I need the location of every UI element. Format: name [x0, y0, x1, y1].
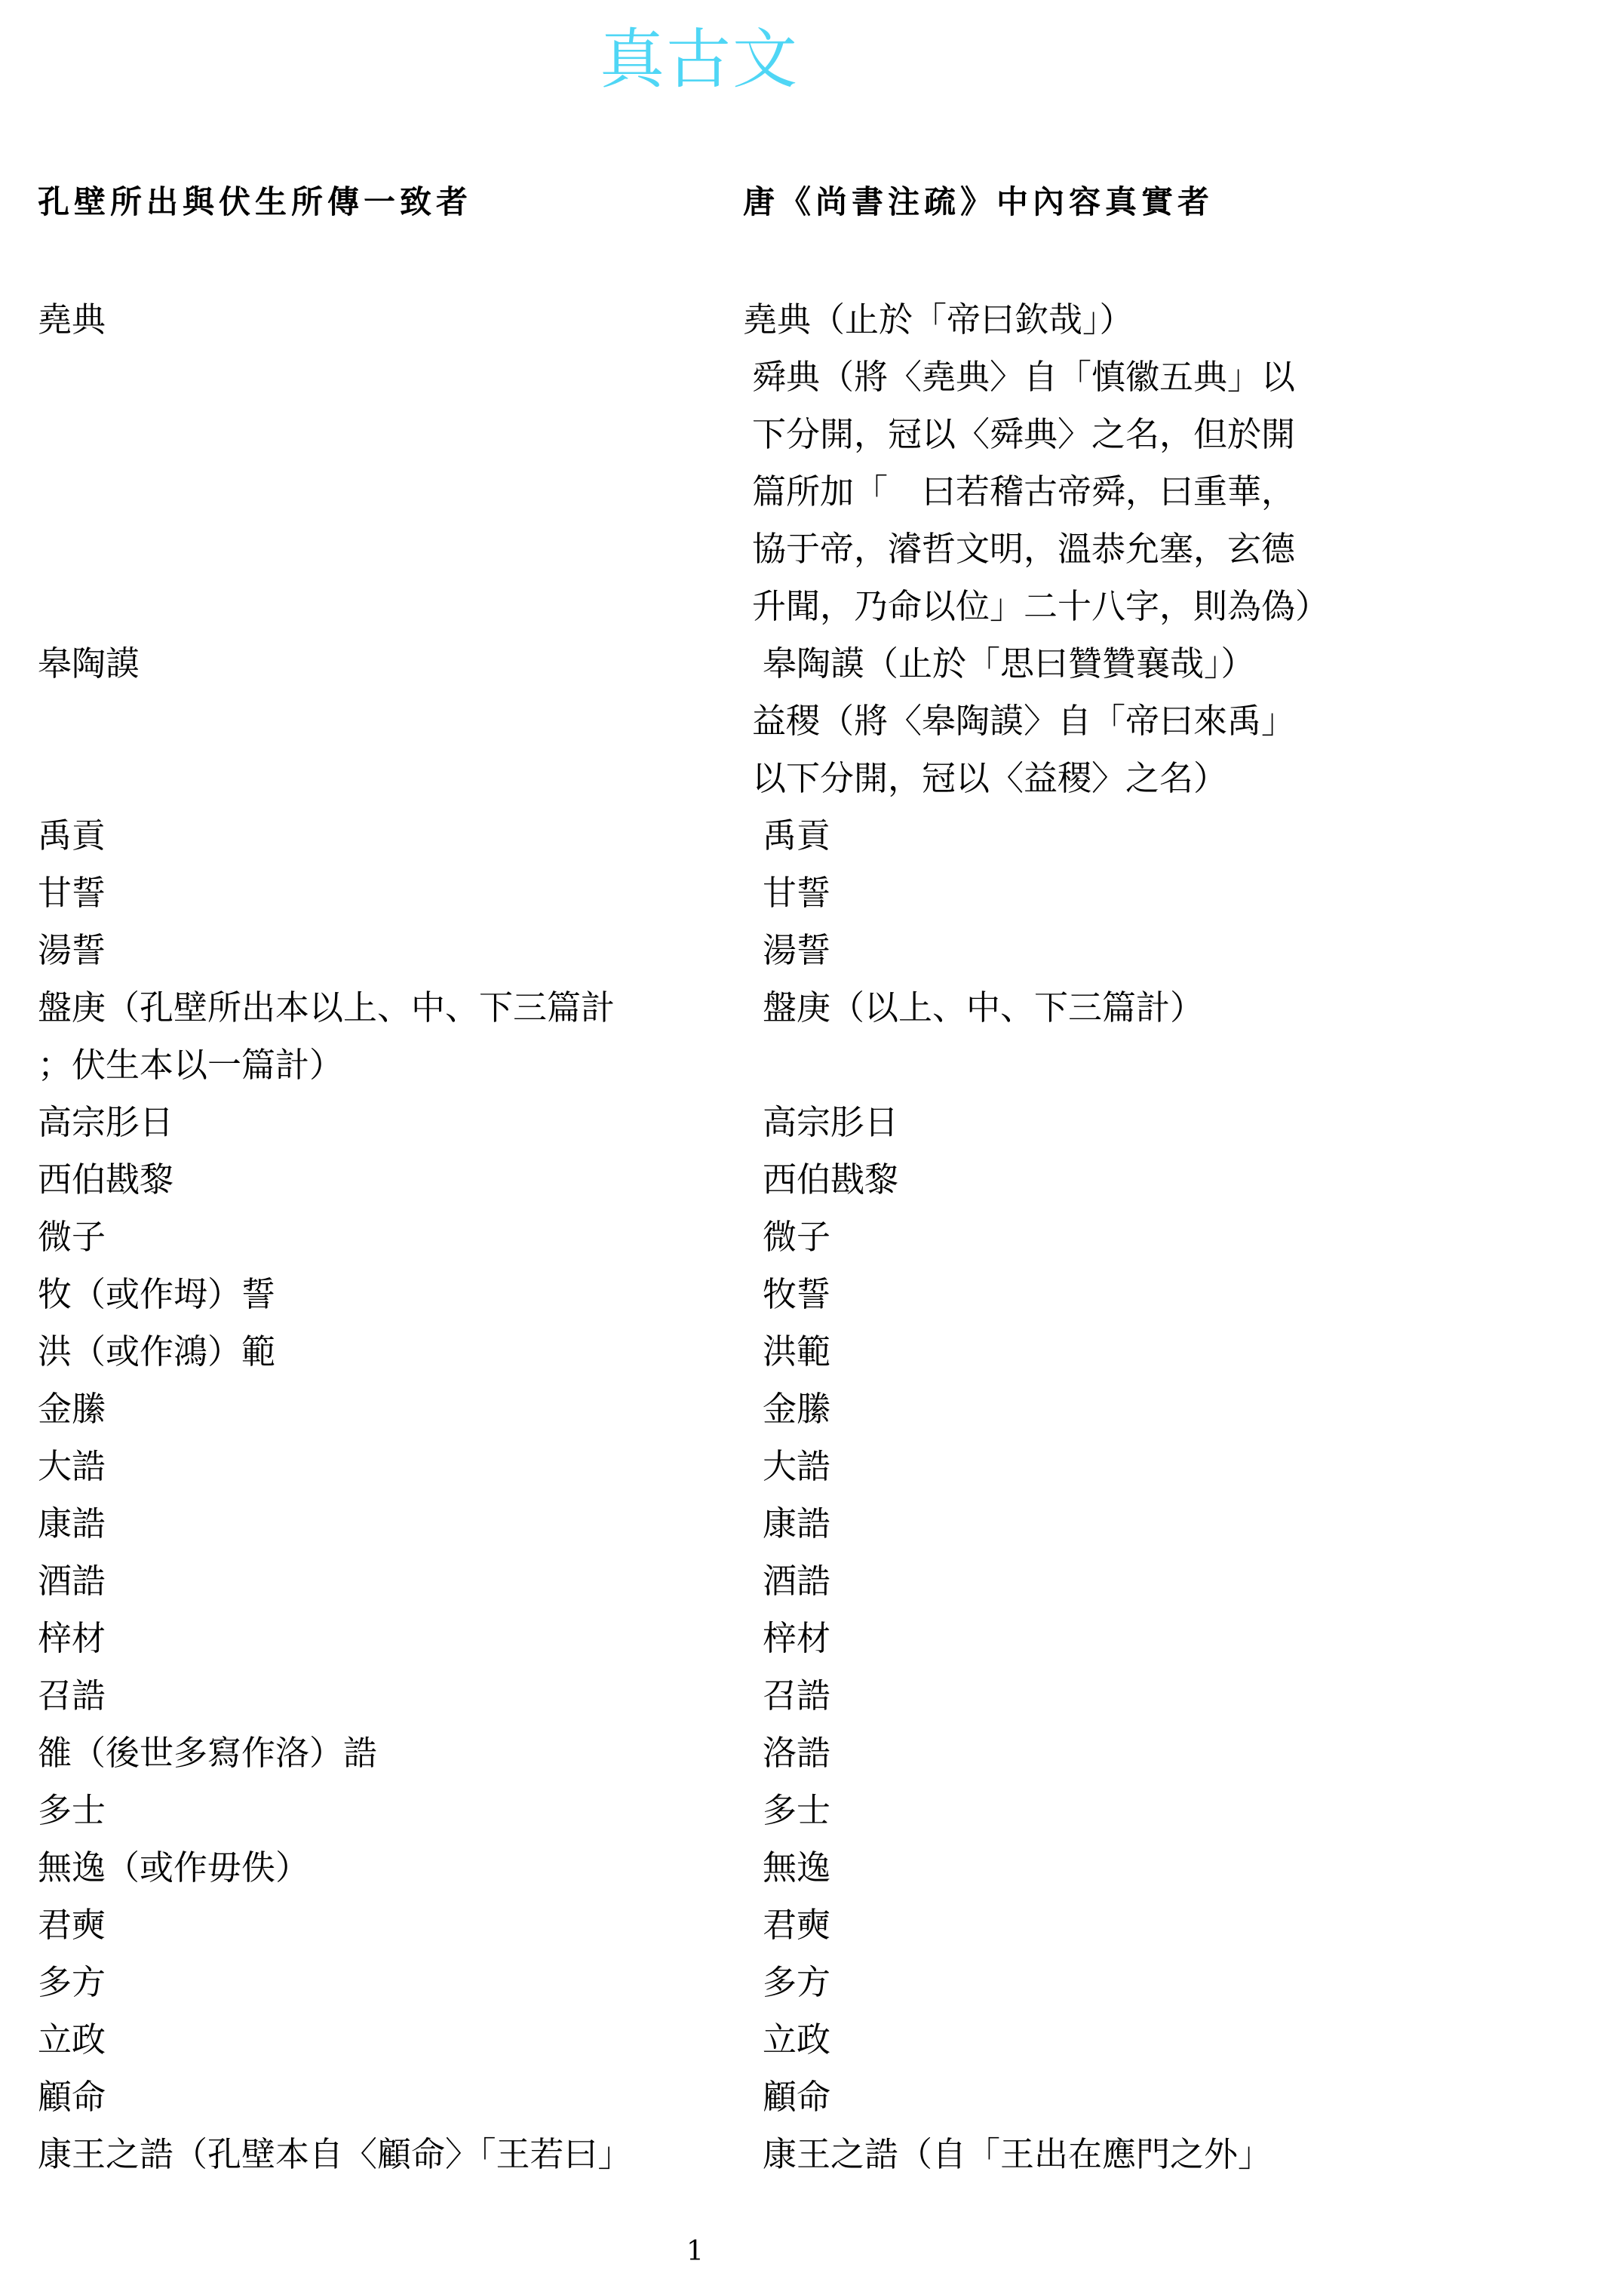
list-item: 皋陶謨 — [38, 635, 709, 693]
list-item: 堯典（止於「帝曰欽哉」） — [743, 291, 1377, 349]
list-item: 酒誥 — [38, 1553, 709, 1610]
list-item: 禹貢 — [743, 807, 1377, 865]
list-item: ；伏生本以一篇計） — [38, 1037, 709, 1094]
list-item: 梓材 — [743, 1610, 1377, 1667]
list-item: 西伯戡黎 — [38, 1151, 709, 1209]
list-item: 下分開，冠以〈舜典〉之名，但於開 — [743, 406, 1377, 463]
list-item: 以下分開，冠以〈益稷〉之名） — [743, 750, 1377, 807]
list-item: 立政 — [38, 2011, 709, 2069]
list-item: 多方 — [38, 1954, 709, 2011]
list-item: 盤庚（孔壁所出本以上、中、下三篇計 — [38, 979, 709, 1037]
list-item: 協于帝，濬哲文明，溫恭允塞，玄德 — [743, 521, 1377, 578]
list-item: 召誥 — [743, 1667, 1377, 1725]
list-item: 高宗肜日 — [38, 1094, 709, 1151]
list-item: 立政 — [743, 2011, 1377, 2069]
list-item: 君奭 — [743, 1897, 1377, 1954]
left-column: 堯典 皋陶謨 禹貢 甘誓 湯誓 盤庚（孔壁所出本以上、中、下三篇計 ；伏生本以一… — [38, 291, 709, 2183]
list-item: 康誥 — [38, 1495, 709, 1553]
list-item: 盤庚（以上、中、下三篇計） — [743, 979, 1377, 1037]
list-item: 甘誓 — [38, 865, 709, 922]
list-item — [38, 578, 709, 635]
list-item: 舜典（將〈堯典〉自「慎徽五典」以 — [743, 349, 1377, 406]
list-item: 召誥 — [38, 1667, 709, 1725]
right-column-header: 唐《尚書注疏》中內容真實者 — [743, 180, 1214, 225]
list-item: 洪（或作鴻）範 — [38, 1323, 709, 1381]
list-item: 多士 — [38, 1782, 709, 1839]
list-item: 益稷（將〈皋陶謨〉自「帝曰來禹」 — [743, 693, 1377, 750]
list-item: 湯誓 — [38, 922, 709, 979]
list-item: 牧（或作坶）誓 — [38, 1266, 709, 1323]
list-item — [38, 349, 709, 406]
list-item: 酒誥 — [743, 1553, 1377, 1610]
list-item: 高宗肜日 — [743, 1094, 1377, 1151]
list-item: 多方 — [743, 1954, 1377, 2011]
list-item: 大誥 — [38, 1438, 709, 1495]
list-item: 甘誓 — [743, 865, 1377, 922]
list-item — [38, 750, 709, 807]
list-item: 皋陶謨（止於「思曰贊贊襄哉」） — [743, 635, 1377, 693]
list-item: 禹貢 — [38, 807, 709, 865]
list-item: 微子 — [38, 1209, 709, 1266]
list-item: 顧命 — [743, 2069, 1377, 2126]
list-item: 湯誓 — [743, 922, 1377, 979]
list-item: 洛誥 — [743, 1725, 1377, 1782]
page-title: 真古文 — [600, 18, 799, 101]
list-item: 君奭 — [38, 1897, 709, 1954]
list-item: 無逸 — [743, 1839, 1377, 1897]
list-item: 康王之誥（孔壁本自〈顧命〉「王若曰」 — [38, 2126, 709, 2183]
list-item — [38, 521, 709, 578]
list-item: 篇所加「 曰若稽古帝舜，曰重華， — [743, 463, 1377, 521]
list-item: 雒（後世多寫作洛）誥 — [38, 1725, 709, 1782]
list-item: 康誥 — [743, 1495, 1377, 1553]
list-item: 金縢 — [743, 1381, 1377, 1438]
list-item: 多士 — [743, 1782, 1377, 1839]
list-item: 康王之誥（自「王出在應門之外」 — [743, 2126, 1377, 2183]
list-item — [38, 693, 709, 750]
list-item: 升聞，乃命以位」二十八字，則為偽） — [743, 578, 1377, 635]
list-item — [38, 463, 709, 521]
list-item: 大誥 — [743, 1438, 1377, 1495]
list-item: 無逸（或作毋佚） — [38, 1839, 709, 1897]
list-item: 金縢 — [38, 1381, 709, 1438]
page-number: 1 — [686, 2237, 704, 2267]
right-column: 堯典（止於「帝曰欽哉」） 舜典（將〈堯典〉自「慎徽五典」以 下分開，冠以〈舜典〉… — [743, 291, 1377, 2183]
list-item: 梓材 — [38, 1610, 709, 1667]
left-column-header: 孔壁所出與伏生所傳一致者 — [38, 180, 472, 225]
list-item: 顧命 — [38, 2069, 709, 2126]
list-item — [38, 406, 709, 463]
list-item — [743, 1037, 1377, 1094]
list-item: 西伯戡黎 — [743, 1151, 1377, 1209]
list-item: 洪範 — [743, 1323, 1377, 1381]
list-item: 牧誓 — [743, 1266, 1377, 1323]
document-page: 真古文 孔壁所出與伏生所傳一致者 唐《尚書注疏》中內容真實者 堯典 皋陶謨 禹貢… — [0, 0, 1624, 2276]
list-item: 堯典 — [38, 291, 709, 349]
list-item: 微子 — [743, 1209, 1377, 1266]
